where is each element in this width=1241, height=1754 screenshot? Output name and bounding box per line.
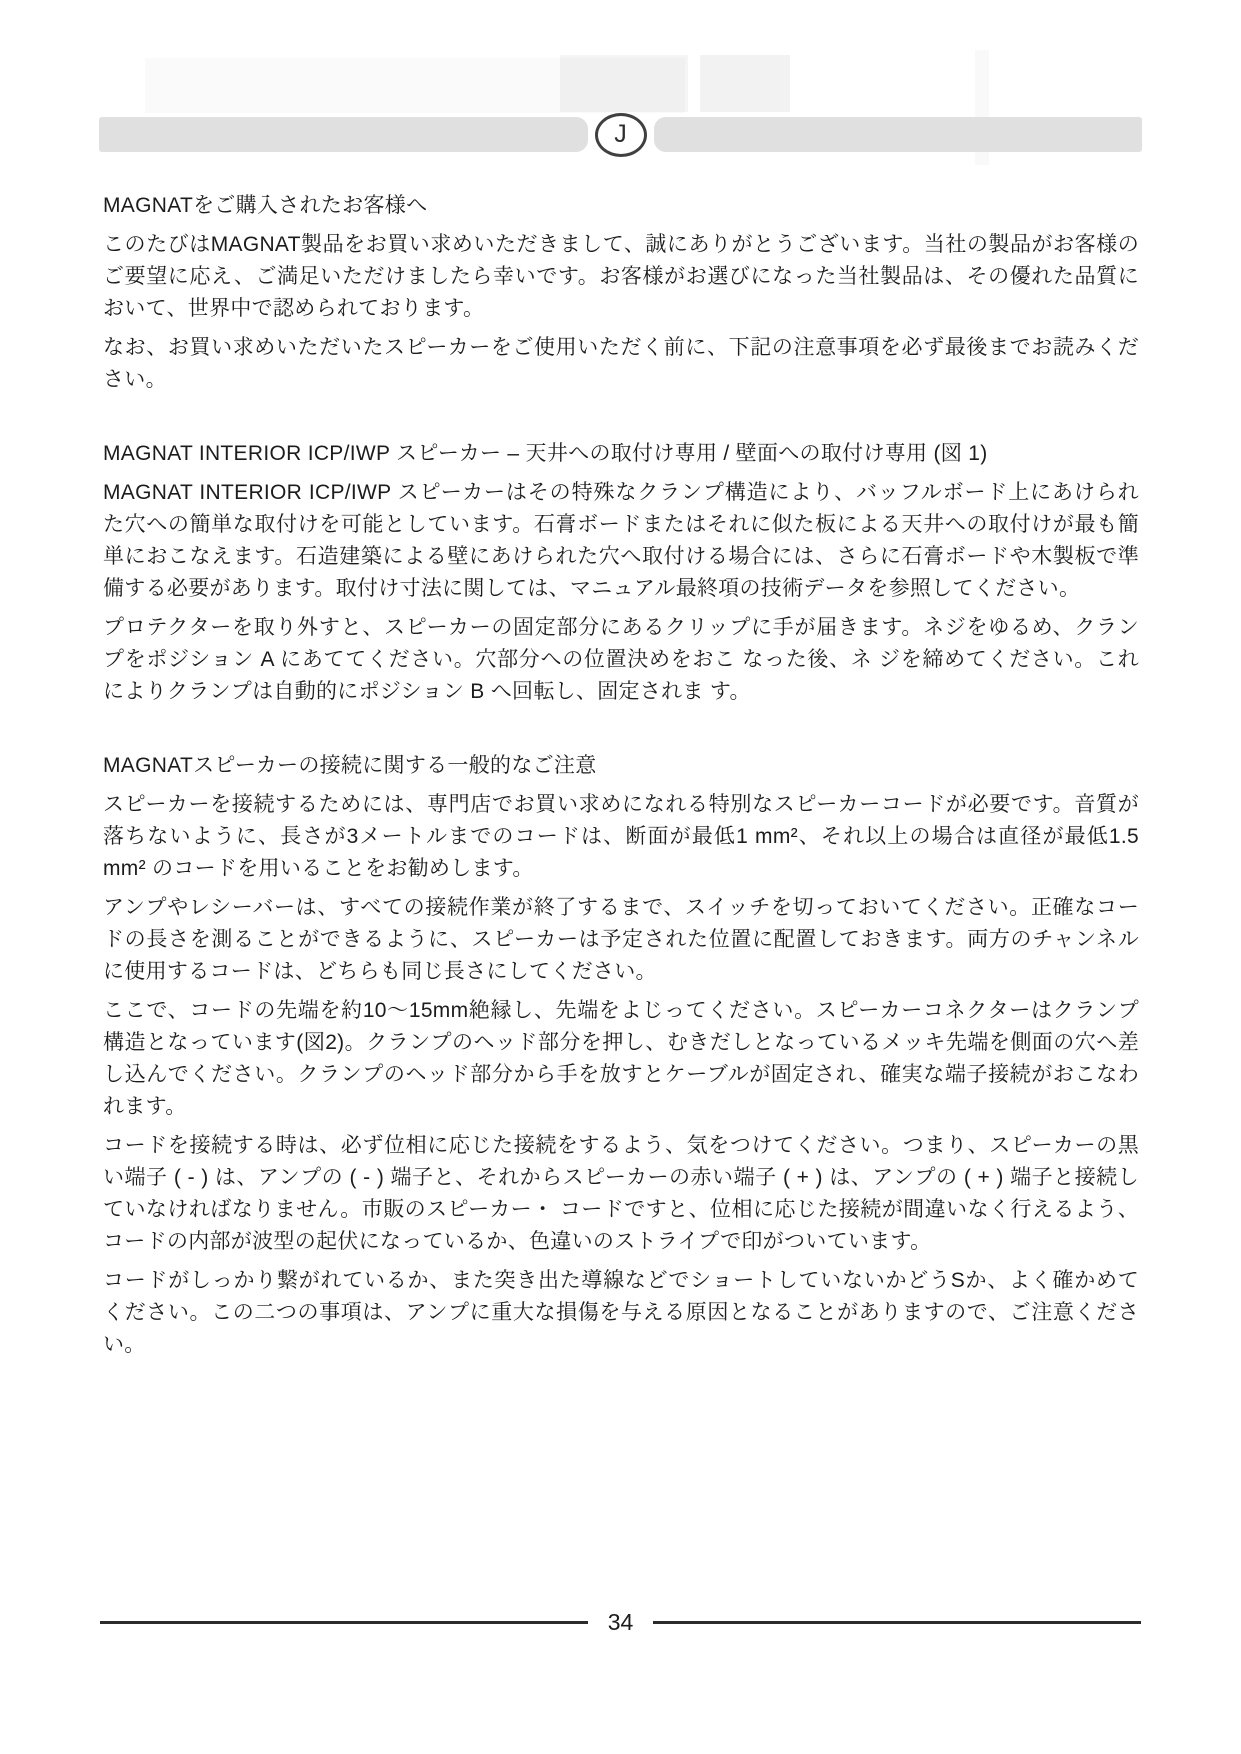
footer-rule-left	[100, 1621, 588, 1624]
header-bar-right	[654, 117, 1143, 152]
document-content: MAGNATをご購入されたお客様へ このたびはMAGNAT製品をお買い求めいただ…	[103, 190, 1139, 1361]
paragraph: コードを接続する時は、必ず位相に応じた接続をするよう、気をつけてください。つまり…	[103, 1130, 1139, 1258]
section-heading: MAGNATスピーカーの接続に関する一般的なご注意	[103, 750, 1139, 782]
paragraph: プロテクターを取り外すと、スピーカーの固定部分にあるクリップに手が届きます。ネジ…	[103, 612, 1139, 708]
page-header: J	[99, 117, 1142, 152]
bleedthrough-artifact	[560, 55, 688, 112]
section-connection-notes: MAGNATスピーカーの接続に関する一般的なご注意 スピーカーを接続するためには…	[103, 750, 1139, 1361]
section-heading: MAGNATをご購入されたお客様へ	[103, 190, 1139, 222]
paragraph: このたびはMAGNAT製品をお買い求めいただきまして、誠にありがとうございます。…	[103, 229, 1139, 325]
page-footer: 34	[100, 1606, 1141, 1638]
footer-rule-right	[653, 1621, 1141, 1624]
paragraph: アンプやレシーバーは、すべての接続作業が終了するまで、スイッチを切っておいてくだ…	[103, 892, 1139, 988]
paragraph: MAGNAT INTERIOR ICP/IWP スピーカーはその特殊なクランプ構…	[103, 477, 1139, 605]
section-purchase-thanks: MAGNATをご購入されたお客様へ このたびはMAGNAT製品をお買い求めいただ…	[103, 190, 1139, 396]
language-badge-letter: J	[614, 120, 627, 149]
paragraph: なお、お買い求めいただいたスピーカーをご使用いただく前に、下記の注意事項を必ず最…	[103, 332, 1139, 396]
language-badge: J	[595, 113, 647, 157]
bleedthrough-artifact	[700, 55, 790, 112]
manual-page: J MAGNATをご購入されたお客様へ このたびはMAGNAT製品をお買い求めい…	[0, 0, 1241, 1754]
section-mounting-instructions: MAGNAT INTERIOR ICP/IWP スピーカー – 天井への取付け専…	[103, 438, 1139, 708]
paragraph: ここで、コードの先端を約10～15mm絶縁し、先端をよじってください。スピーカー…	[103, 995, 1139, 1123]
section-heading: MAGNAT INTERIOR ICP/IWP スピーカー – 天井への取付け専…	[103, 438, 1139, 470]
header-bar-left	[99, 117, 588, 152]
bleedthrough-artifact	[145, 58, 685, 113]
page-number: 34	[608, 1609, 634, 1636]
paragraph: コードがしっかり繋がれているか、また突き出た導線などでショートしていないかどうS…	[103, 1265, 1139, 1361]
paragraph: スピーカーを接続するためには、専門店でお買い求めになれる特別なスピーカーコードが…	[103, 789, 1139, 885]
